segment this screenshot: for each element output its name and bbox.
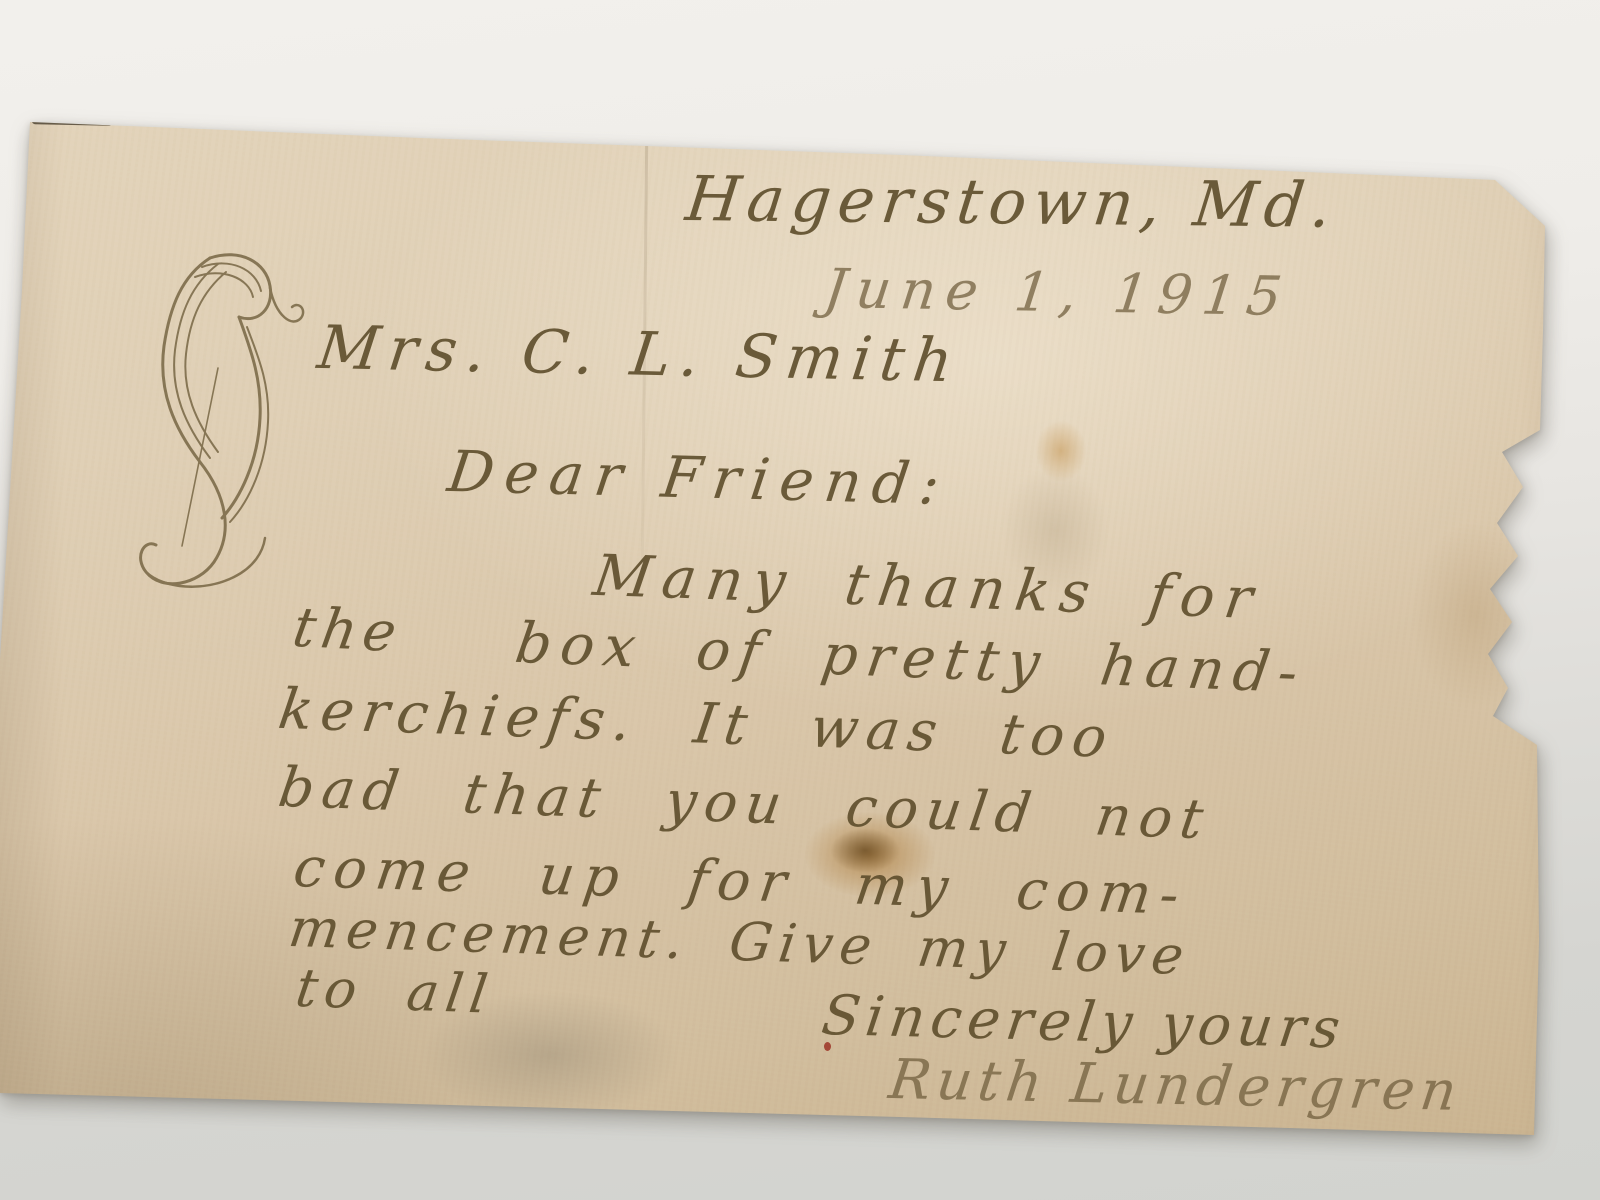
letter-card: Hagerstown, Md. June 1, 1915 Mrs. C. L. … <box>0 0 1600 1200</box>
body-line-7: to all <box>293 962 498 1022</box>
body-line-2-indent: the <box>289 600 406 660</box>
heading-place: Hagerstown, Md. <box>683 168 1342 237</box>
signature: Ruth Lundergren <box>886 1052 1466 1119</box>
monogram-s-icon <box>122 246 317 606</box>
smudge <box>1410 520 1540 710</box>
salutation-line: Dear Friend: <box>445 444 954 514</box>
heading-date: June 1, 1915 <box>821 262 1294 324</box>
recipient-line: Mrs. C. L. Smith <box>314 318 964 391</box>
photo-of-handwritten-letter: Hagerstown, Md. June 1, 1915 Mrs. C. L. … <box>0 0 1600 1200</box>
letter-card-shadow: Hagerstown, Md. June 1, 1915 Mrs. C. L. … <box>0 0 1600 1200</box>
